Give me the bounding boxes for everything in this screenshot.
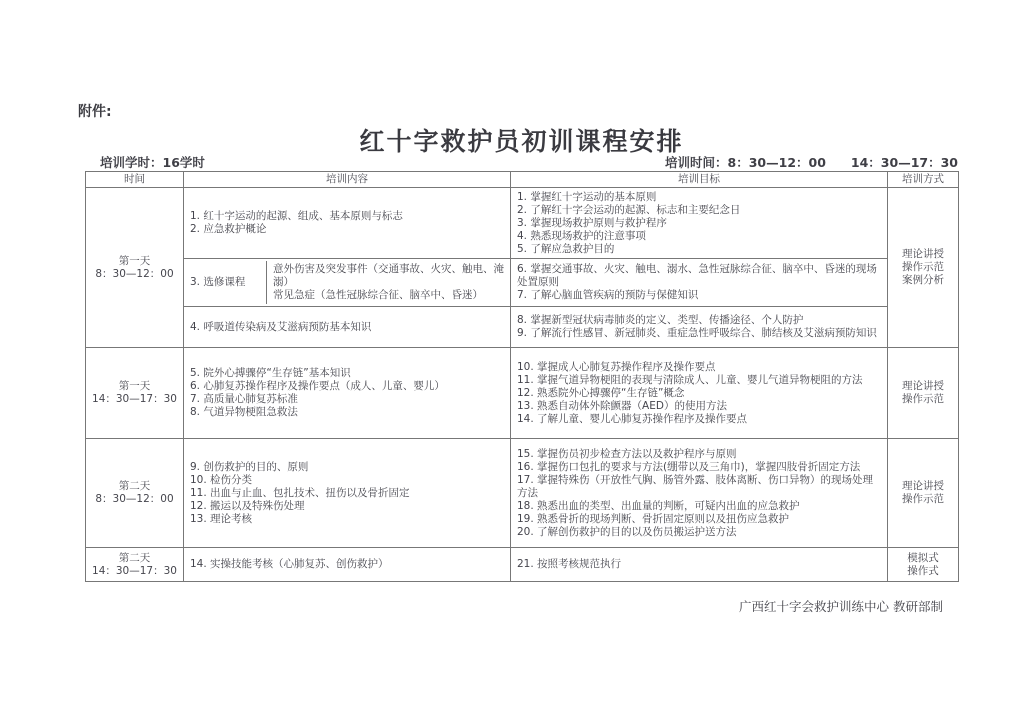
content-cell-day1-pm: 5. 院外心搏骤停“生存链”基本知识6. 心肺复苏操作程序及操作要点（成人、儿童…	[184, 348, 511, 439]
time-cell-day1-pm: 第一天14：30—17：30	[86, 348, 184, 439]
target-cell-day1-am-elective: 6. 掌握交通事故、火灾、触电、溺水、急性冠脉综合征、脑卒中、昏迷的现场处置原则…	[511, 259, 888, 307]
content-cell-day1-am-elective: 3. 选修课程 意外伤害及突发事件（交通事故、火灾、触电、淹溺）常见急症（急性冠…	[184, 259, 511, 307]
method-cell-day2-am: 理论讲授操作示范	[888, 439, 959, 548]
time-cell-day2-pm: 第二天14：30—17：30	[86, 548, 184, 582]
col-header-target: 培训目标	[511, 172, 888, 188]
method-cell-day2-pm: 模拟式操作式	[888, 548, 959, 582]
elective-detail: 意外伤害及突发事件（交通事故、火灾、触电、淹溺）常见急症（急性冠脉综合征、脑卒中…	[266, 261, 510, 304]
training-hours-label: 培训学时：16学时	[100, 153, 205, 171]
content-cell-day1-am-basic: 1. 红十字运动的起源、组成、基本原则与标志2. 应急救护概论	[184, 188, 511, 259]
training-time-label: 培训时间：8：30—12：00 14：30—17：30	[665, 153, 958, 171]
table-row-day1-pm: 第一天14：30—17：30 5. 院外心搏骤停“生存链”基本知识6. 心肺复苏…	[86, 348, 959, 439]
content-cell-day1-am-infection: 4. 呼吸道传染病及艾滋病预防基本知识	[184, 307, 511, 348]
content-cell-day2-pm: 14. 实操技能考核（心肺复苏、创伤救护）	[184, 548, 511, 582]
time-cell-day1-am: 第一天8：30—12：00	[86, 188, 184, 348]
table-row-day1-am-2: 3. 选修课程 意外伤害及突发事件（交通事故、火灾、触电、淹溺）常见急症（急性冠…	[86, 259, 959, 307]
schedule-table: 时间 培训内容 培训目标 培训方式 第一天8：30—12：00 1. 红十字运动…	[85, 171, 959, 582]
elective-split: 3. 选修课程 意外伤害及突发事件（交通事故、火灾、触电、淹溺）常见急症（急性冠…	[184, 261, 510, 304]
table-row-day2-pm: 第二天14：30—17：30 14. 实操技能考核（心肺复苏、创伤救护） 21.…	[86, 548, 959, 582]
target-cell-day1-am-infection: 8. 掌握新型冠状病毒肺炎的定义、类型、传播途径、个人防护9. 了解流行性感冒、…	[511, 307, 888, 348]
col-header-method: 培训方式	[888, 172, 959, 188]
col-header-content: 培训内容	[184, 172, 511, 188]
target-cell-day2-am: 15. 掌握伤员初步检查方法以及救护程序与原则16. 掌握伤口包扎的要求与方法(…	[511, 439, 888, 548]
table-row-day1-am-1: 第一天8：30—12：00 1. 红十字运动的起源、组成、基本原则与标志2. 应…	[86, 188, 959, 259]
col-header-time: 时间	[86, 172, 184, 188]
meta-row: 培训学时：16学时 培训时间：8：30—12：00 14：30—17：30	[100, 153, 958, 171]
target-cell-day1-am-basic: 1. 掌握红十字运动的基本原则2. 了解红十字会运动的起源、标志和主要纪念日3.…	[511, 188, 888, 259]
method-cell-day1-am: 理论讲授操作示范案例分析	[888, 188, 959, 348]
table-row-day2-am: 第二天8：30—12：00 9. 创伤救护的目的、原则10. 检伤分类11. 出…	[86, 439, 959, 548]
target-cell-day1-pm: 10. 掌握成人心肺复苏操作程序及操作要点11. 掌握气道异物梗阻的表现与清除成…	[511, 348, 888, 439]
elective-label: 3. 选修课程	[184, 261, 266, 304]
target-cell-day2-pm: 21. 按照考核规范执行	[511, 548, 888, 582]
content-cell-day2-am: 9. 创伤救护的目的、原则10. 检伤分类11. 出血与止血、包扎技术、扭伤以及…	[184, 439, 511, 548]
issuer-label: 广西红十字会救护训练中心 教研部制	[739, 597, 943, 615]
document-page: 附件: 红十字救护员初训课程安排 培训学时：16学时 培训时间：8：30—12：…	[0, 0, 1024, 722]
time-cell-day2-am: 第二天8：30—12：00	[86, 439, 184, 548]
table-header-row: 时间 培训内容 培训目标 培训方式	[86, 172, 959, 188]
table-row-day1-am-3: 4. 呼吸道传染病及艾滋病预防基本知识 8. 掌握新型冠状病毒肺炎的定义、类型、…	[86, 307, 959, 348]
attachment-label: 附件:	[78, 101, 112, 121]
method-cell-day1-pm: 理论讲授操作示范	[888, 348, 959, 439]
